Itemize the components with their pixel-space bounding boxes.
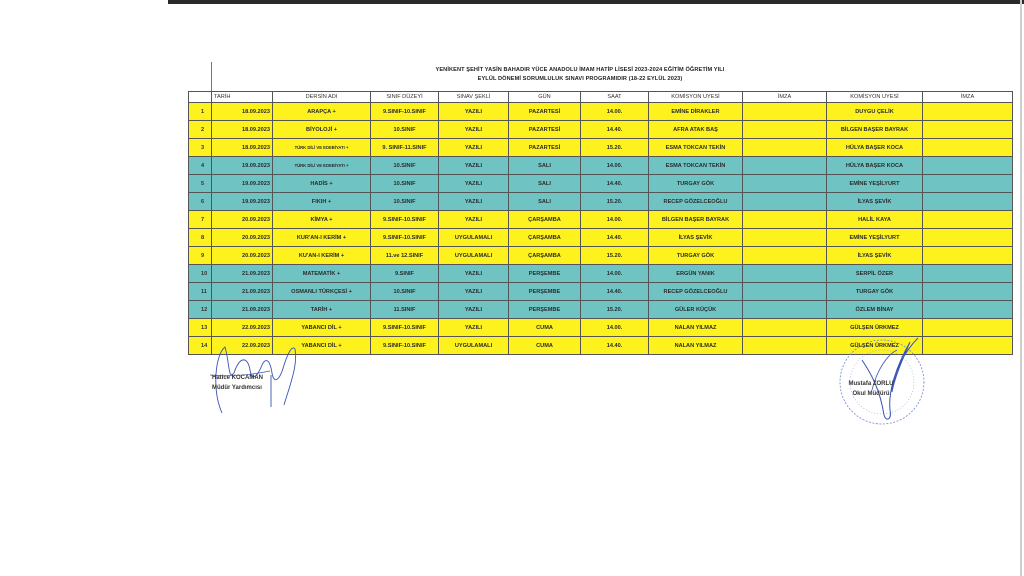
class-level: 10.SINIF	[371, 283, 439, 301]
committee-member-2: İLYAS ŞEVİK	[827, 193, 923, 211]
signature-left-name: Hatice KOCAMAN	[212, 375, 263, 381]
course-name: KU'AN-I KERİM +	[273, 247, 371, 265]
exam-date: 21.09.2023	[212, 283, 273, 301]
course-name: YABANCI DİL +	[273, 337, 371, 355]
exam-time: 14.40.	[581, 175, 649, 193]
signature-cell-1	[743, 175, 827, 193]
signature-left-title: Müdür Yardımcısı	[212, 385, 262, 391]
signature-cell-2	[923, 283, 1013, 301]
course-name: KİMYA +	[273, 211, 371, 229]
committee-member-1: ESMA TOKCAN TEKİN	[649, 157, 743, 175]
signature-cell-1	[743, 193, 827, 211]
course-name: OSMANLI TÜRKÇESİ +	[273, 283, 371, 301]
committee-member-2: BİLGEN BAŞER BAYRAK	[827, 121, 923, 139]
exam-type: YAZILI	[439, 211, 509, 229]
signature-cell-2	[923, 157, 1013, 175]
header-member1: KOMİSYON UYESİ	[649, 92, 743, 103]
committee-member-1: RECEP GÖZELCEOĞLU	[649, 193, 743, 211]
signature-cell-2	[923, 175, 1013, 193]
row-number: 14	[189, 337, 212, 355]
class-level: 9.SINIF-10.SINIF	[371, 229, 439, 247]
exam-day: PAZARTESİ	[509, 139, 581, 157]
committee-member-2: İLYAS ŞEVİK	[827, 247, 923, 265]
exam-date: 18.09.2023	[212, 121, 273, 139]
title-line-2: EYLÜL DÖNEMİ SORUMLULUK SINAVI PROGRAMID…	[380, 75, 780, 84]
committee-member-1: TURGAY GÖK	[649, 247, 743, 265]
signature-cell-1	[743, 265, 827, 283]
exam-date: 18.09.2023	[212, 139, 273, 157]
course-name: TÜRK DİLİ VE EDEBİYATI +	[273, 157, 371, 175]
committee-member-2: GÜLŞEN ÜRKMEZ	[827, 319, 923, 337]
exam-type: YAZILI	[439, 283, 509, 301]
signature-cell-2	[923, 121, 1013, 139]
exam-type: YAZILI	[439, 319, 509, 337]
course-name: MATEMATİK +	[273, 265, 371, 283]
signature-cell-2	[923, 265, 1013, 283]
table-row: 218.09.2023BİYOLOJİ +10.SINIFYAZILIPAZAR…	[189, 121, 1013, 139]
committee-member-2: TURGAY GÖK	[827, 283, 923, 301]
exam-date: 20.09.2023	[212, 229, 273, 247]
signature-cell-1	[743, 121, 827, 139]
class-level: 9.SINIF-10.SINIF	[371, 319, 439, 337]
header-date: TARİH	[212, 92, 273, 103]
row-number: 3	[189, 139, 212, 157]
exam-day: PERŞEMBE	[509, 301, 581, 319]
exam-day: ÇARŞAMBA	[509, 229, 581, 247]
exam-day: PAZARTESİ	[509, 103, 581, 121]
exam-date: 21.09.2023	[212, 301, 273, 319]
exam-time: 15.20.	[581, 139, 649, 157]
exam-time: 15.20.	[581, 301, 649, 319]
class-level: 11.ve 12.SINIF	[371, 247, 439, 265]
committee-member-1: ESMA TOKCAN TEKİN	[649, 139, 743, 157]
exam-date: 19.09.2023	[212, 193, 273, 211]
table-row: 619.09.2023FIKIH +10.SINIFYAZILISALI15.2…	[189, 193, 1013, 211]
course-name: KUR'AN-I KERİM +	[273, 229, 371, 247]
class-level: 9.SINIF	[371, 265, 439, 283]
signature-cell-1	[743, 229, 827, 247]
committee-member-1: NALAN YILMAZ	[649, 319, 743, 337]
exam-date: 20.09.2023	[212, 247, 273, 265]
course-name: BİYOLOJİ +	[273, 121, 371, 139]
margin-line	[211, 62, 212, 92]
committee-member-2: SERPİL ÖZER	[827, 265, 923, 283]
signature-cell-1	[743, 247, 827, 265]
signature-cell-2	[923, 103, 1013, 121]
exam-type: YAZILI	[439, 175, 509, 193]
table-row: 1322.09.2023YABANCI DİL +9.SINIF-10.SINI…	[189, 319, 1013, 337]
row-number: 5	[189, 175, 212, 193]
committee-member-1: ERGÜN YANIK	[649, 265, 743, 283]
signature-right-title: Okul Müdürü	[826, 391, 916, 397]
exam-time: 14.40.	[581, 283, 649, 301]
course-name: YABANCI DİL +	[273, 319, 371, 337]
table-row: 720.09.2023KİMYA +9.SINIF-10.SINIFYAZILI…	[189, 211, 1013, 229]
committee-member-2: ÖZLEM BİNAY	[827, 301, 923, 319]
class-level: 9.SINIF-10.SINIF	[371, 103, 439, 121]
table-row: 1121.09.2023OSMANLI TÜRKÇESİ +10.SINIFYA…	[189, 283, 1013, 301]
signature-cell-1	[743, 103, 827, 121]
table-row: 1221.09.2023TARİH +11.SINIFYAZILIPERŞEMB…	[189, 301, 1013, 319]
exam-day: CUMA	[509, 337, 581, 355]
table-row: 318.09.2023TÜRK DİLİ VE EDEBİYATI +9. SI…	[189, 139, 1013, 157]
committee-member-1: NALAN YILMAZ	[649, 337, 743, 355]
committee-member-1: İLYAS ŞEVİK	[649, 229, 743, 247]
committee-member-2: EMİNE YEŞİLYURT	[827, 175, 923, 193]
course-name: FIKIH +	[273, 193, 371, 211]
signature-cell-1	[743, 337, 827, 355]
scan-top-border	[168, 0, 1024, 4]
table-header-row: TARİH DERSİN ADI SINIF DÜZEYİ SINAV ŞEKL…	[189, 92, 1013, 103]
exam-type: YAZILI	[439, 139, 509, 157]
signature-cell-2	[923, 193, 1013, 211]
exam-schedule-table: TARİH DERSİN ADI SINIF DÜZEYİ SINAV ŞEKL…	[188, 91, 1013, 355]
course-name: HADİS +	[273, 175, 371, 193]
committee-member-1: TURGAY GÖK	[649, 175, 743, 193]
committee-member-2: HALİL KAYA	[827, 211, 923, 229]
signature-cell-2	[923, 229, 1013, 247]
signature-cell-2	[923, 337, 1013, 355]
header-sign2: İMZA	[923, 92, 1013, 103]
committee-member-2: HÜLYA BAŞER KOCA	[827, 157, 923, 175]
exam-type: YAZILI	[439, 265, 509, 283]
course-name: TÜRK DİLİ VE EDEBİYATI +	[273, 139, 371, 157]
exam-day: PERŞEMBE	[509, 283, 581, 301]
signature-cell-2	[923, 139, 1013, 157]
table-row: 920.09.2023KU'AN-I KERİM +11.ve 12.SINIF…	[189, 247, 1013, 265]
header-sign1: İMZA	[743, 92, 827, 103]
exam-time: 14.00.	[581, 211, 649, 229]
row-number: 6	[189, 193, 212, 211]
exam-day: SALI	[509, 157, 581, 175]
row-number: 8	[189, 229, 212, 247]
row-number: 7	[189, 211, 212, 229]
committee-member-1: AFRA ATAK BAŞ	[649, 121, 743, 139]
class-level: 10.SINIF	[371, 121, 439, 139]
class-level: 10.SINIF	[371, 175, 439, 193]
signature-cell-1	[743, 139, 827, 157]
exam-time: 14.00.	[581, 319, 649, 337]
signature-cell-1	[743, 319, 827, 337]
header-time: SAAT	[581, 92, 649, 103]
exam-type: YAZILI	[439, 103, 509, 121]
exam-time: 15.20.	[581, 193, 649, 211]
signature-cell-2	[923, 247, 1013, 265]
committee-member-2: EMİNE YEŞİLYURT	[827, 229, 923, 247]
table-row: 519.09.2023HADİS +10.SINIFYAZILISALI14.4…	[189, 175, 1013, 193]
header-no	[189, 92, 212, 103]
title-line-1: YENİKENT ŞEHİT YASİN BAHADIR YÜCE ANADOL…	[380, 66, 780, 75]
exam-type: YAZILI	[439, 193, 509, 211]
header-day: GÜN	[509, 92, 581, 103]
exam-day: CUMA	[509, 319, 581, 337]
table-row: 1422.09.2023YABANCI DİL +9.SINIF-10.SINI…	[189, 337, 1013, 355]
committee-member-1: RECEP GÖZELCEOĞLU	[649, 283, 743, 301]
committee-member-1: EMİNE DİRAKLER	[649, 103, 743, 121]
header-exam-type: SINAV ŞEKLİ	[439, 92, 509, 103]
exam-type: YAZILI	[439, 301, 509, 319]
signature-cell-1	[743, 157, 827, 175]
signature-cell-1	[743, 301, 827, 319]
table-row: 820.09.2023KUR'AN-I KERİM +9.SINIF-10.SI…	[189, 229, 1013, 247]
exam-time: 14.00.	[581, 265, 649, 283]
row-number: 13	[189, 319, 212, 337]
document-title: YENİKENT ŞEHİT YASİN BAHADIR YÜCE ANADOL…	[380, 66, 780, 84]
table-body: 118.09.2023ARAPÇA +9.SINIF-10.SINIFYAZIL…	[189, 103, 1013, 355]
header-member2: KOMİSYON UYESİ	[827, 92, 923, 103]
exam-type: YAZILI	[439, 121, 509, 139]
exam-day: SALI	[509, 175, 581, 193]
committee-member-2: DUYGU ÇELİK	[827, 103, 923, 121]
class-level: 9. SINIF-11.SINIF	[371, 139, 439, 157]
exam-type: YAZILI	[439, 157, 509, 175]
committee-member-1: BİLGEN BAŞER BAYRAK	[649, 211, 743, 229]
table-row: 1021.09.2023MATEMATİK +9.SINIFYAZILIPERŞ…	[189, 265, 1013, 283]
exam-day: ÇARŞAMBA	[509, 211, 581, 229]
exam-day: PAZARTESİ	[509, 121, 581, 139]
exam-time: 14.00.	[581, 157, 649, 175]
committee-member-1: GÜLER KÜÇÜK	[649, 301, 743, 319]
row-number: 2	[189, 121, 212, 139]
scan-right-edge	[1020, 0, 1022, 576]
exam-time: 14.40.	[581, 337, 649, 355]
exam-day: ÇARŞAMBA	[509, 247, 581, 265]
signature-cell-1	[743, 283, 827, 301]
signature-cell-2	[923, 301, 1013, 319]
row-number: 9	[189, 247, 212, 265]
class-level: 11.SINIF	[371, 301, 439, 319]
committee-member-2: HÜLYA BAŞER KOCA	[827, 139, 923, 157]
exam-type: UYGULAMALI	[439, 229, 509, 247]
header-course: DERSİN ADI	[273, 92, 371, 103]
exam-day: PERŞEMBE	[509, 265, 581, 283]
exam-day: SALI	[509, 193, 581, 211]
course-name: TARİH +	[273, 301, 371, 319]
exam-date: 22.09.2023	[212, 337, 273, 355]
table-row: 118.09.2023ARAPÇA +9.SINIF-10.SINIFYAZIL…	[189, 103, 1013, 121]
class-level: 10.SINIF	[371, 157, 439, 175]
class-level: 10.SINIF	[371, 193, 439, 211]
class-level: 9.SINIF-10.SINIF	[371, 337, 439, 355]
signature-cell-1	[743, 211, 827, 229]
exam-date: 18.09.2023	[212, 103, 273, 121]
exam-time: 14.40.	[581, 121, 649, 139]
course-name: ARAPÇA +	[273, 103, 371, 121]
exam-date: 20.09.2023	[212, 211, 273, 229]
exam-type: UYGULAMALI	[439, 247, 509, 265]
row-number: 4	[189, 157, 212, 175]
class-level: 9.SINIF-10.SINIF	[371, 211, 439, 229]
row-number: 10	[189, 265, 212, 283]
header-level: SINIF DÜZEYİ	[371, 92, 439, 103]
exam-date: 19.09.2023	[212, 175, 273, 193]
exam-time: 15.20.	[581, 247, 649, 265]
exam-time: 14.40.	[581, 229, 649, 247]
exam-date: 19.09.2023	[212, 157, 273, 175]
row-number: 1	[189, 103, 212, 121]
exam-date: 21.09.2023	[212, 265, 273, 283]
row-number: 11	[189, 283, 212, 301]
table-row: 419.09.2023TÜRK DİLİ VE EDEBİYATI +10.SI…	[189, 157, 1013, 175]
exam-type: UYGULAMALI	[439, 337, 509, 355]
row-number: 12	[189, 301, 212, 319]
signature-right-name: Mustafa ZORLU	[826, 381, 916, 387]
exam-date: 22.09.2023	[212, 319, 273, 337]
signature-cell-2	[923, 211, 1013, 229]
exam-time: 14.00.	[581, 103, 649, 121]
committee-member-2: GÜLŞEN ÜRKMEZ	[827, 337, 923, 355]
signature-cell-2	[923, 319, 1013, 337]
